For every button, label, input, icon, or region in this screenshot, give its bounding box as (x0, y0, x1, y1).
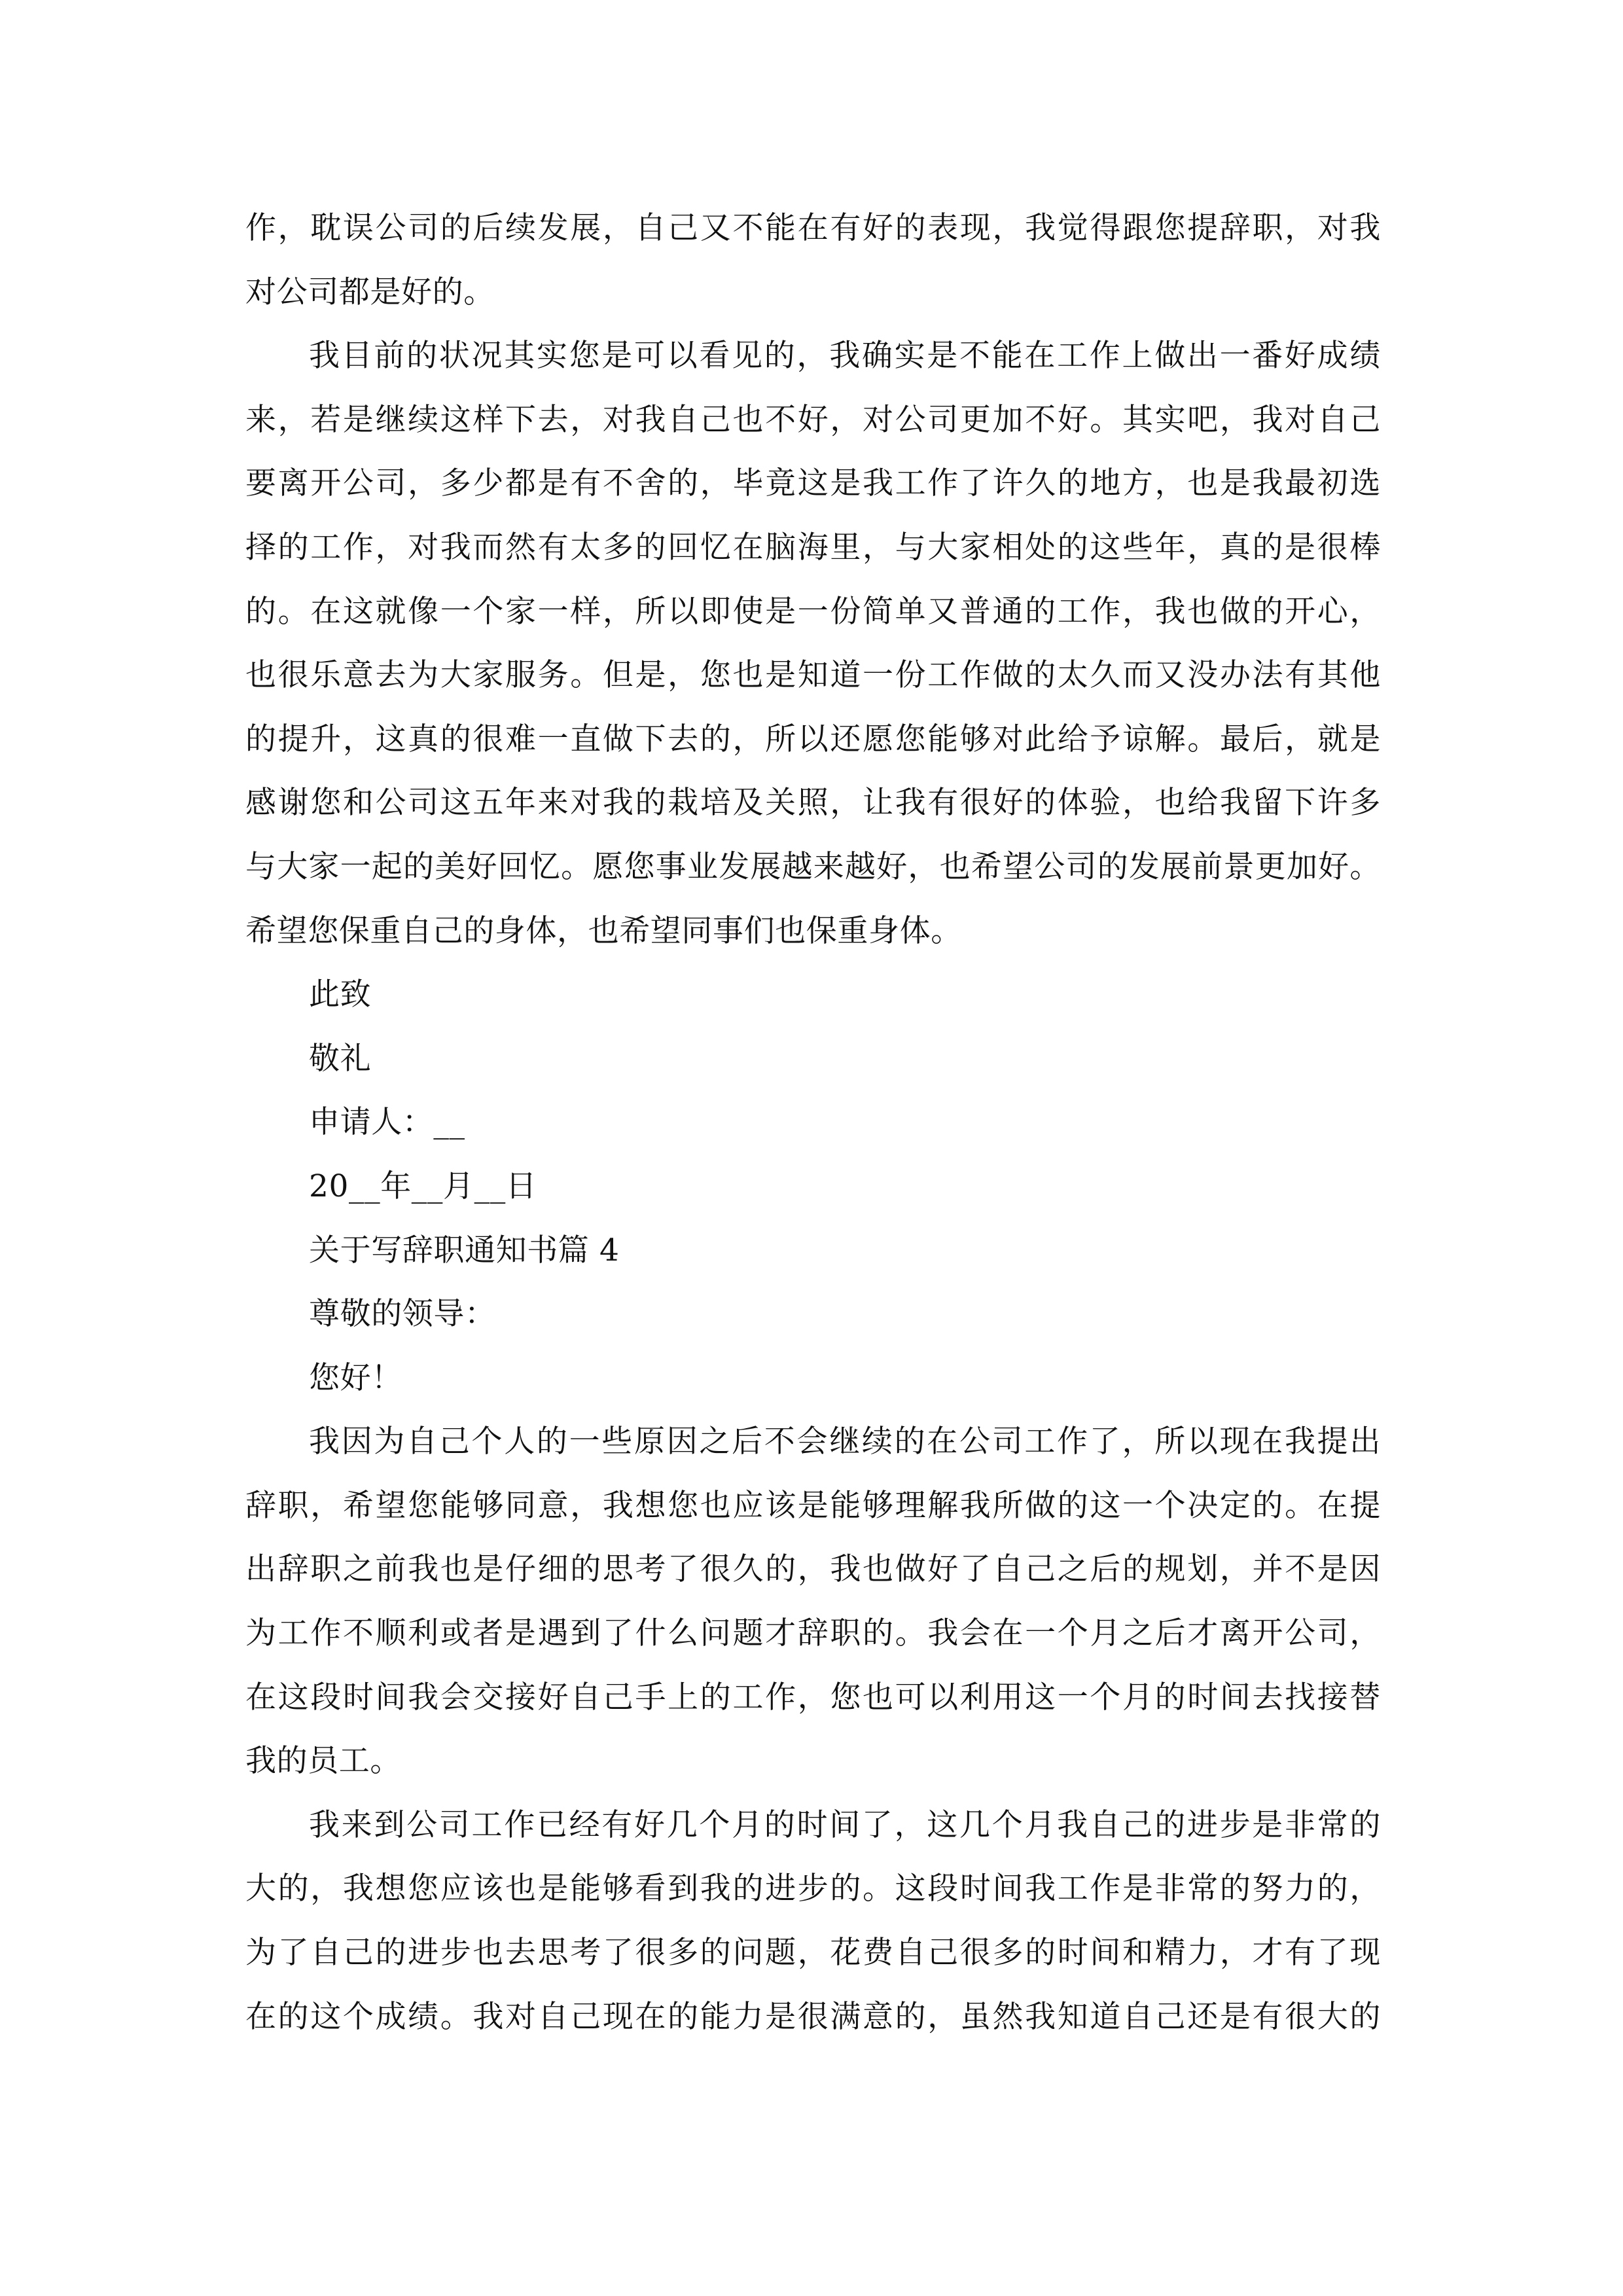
text-line: 辞职，希望您能够同意，我想您也应该是能够理解我所做的这一个决定的。在提 (245, 1474, 1381, 1538)
text-line: 为工作不顺利或者是遇到了什么问题才辞职的。我会在一个月之后才离开公司， (245, 1602, 1381, 1666)
addressee: 尊敬的领导： (245, 1282, 1381, 1346)
text-line: 的。在这就像一个家一样，所以即使是一份简单又普通的工作，我也做的开心， (245, 580, 1381, 644)
text-line: 也很乐意去为大家服务。但是，您也是知道一份工作做的太久而又没办法有其他 (245, 643, 1381, 708)
text-line: 我目前的状况其实您是可以看见的，我确实是不能在工作上做出一番好成绩 (245, 324, 1381, 388)
section-title: 关于写辞职通知书篇 4 (245, 1219, 1381, 1283)
date-line: 20__年__月__日 (245, 1155, 1381, 1219)
text-line: 来，若是继续这样下去，对我自己也不好，对公司更加不好。其实吧，我对自己 (245, 388, 1381, 452)
applicant-signature: 申请人：__ (245, 1090, 1381, 1155)
text-line: 对公司都是好的。 (245, 260, 1381, 325)
text-line: 大的，我想您应该也是能够看到我的进步的。这段时间我工作是非常的努力的， (245, 1857, 1381, 1921)
text-line: 在的这个成绩。我对自己现在的能力是很满意的，虽然我知道自己还是有很大的 (245, 1985, 1381, 2049)
text-line: 希望您保重自己的身体，也希望同事们也保重身体。 (245, 899, 1381, 963)
closing-salutation-1: 此致 (245, 963, 1381, 1027)
text-line: 要离开公司，多少都是有不舍的，毕竟这是我工作了许久的地方，也是我最初选 (245, 452, 1381, 516)
document-body: 作，耽误公司的后续发展，自己又不能在有好的表现，我觉得跟您提辞职，对我 对公司都… (245, 196, 1381, 2049)
paragraph-status: 我目前的状况其实您是可以看见的，我确实是不能在工作上做出一番好成绩 来，若是继续… (245, 324, 1381, 963)
document-page: 作，耽误公司的后续发展，自己又不能在有好的表现，我觉得跟您提辞职，对我 对公司都… (0, 0, 1623, 2296)
text-line: 感谢您和公司这五年来对我的栽培及关照，让我有很好的体验，也给我留下许多 (245, 771, 1381, 835)
paragraph-progress: 我来到公司工作已经有好几个月的时间了，这几个月我自己的进步是非常的 大的，我想您… (245, 1793, 1381, 2049)
text-line: 的提升，这真的很难一直做下去的，所以还愿您能够对此给予谅解。最后，就是 (245, 708, 1381, 772)
text-line: 我来到公司工作已经有好几个月的时间了，这几个月我自己的进步是非常的 (245, 1793, 1381, 1857)
text-line: 我因为自己个人的一些原因之后不会继续的在公司工作了，所以现在我提出 (245, 1410, 1381, 1474)
greeting-hello: 您好！ (245, 1346, 1381, 1410)
paragraph-continuation: 作，耽误公司的后续发展，自己又不能在有好的表现，我觉得跟您提辞职，对我 对公司都… (245, 196, 1381, 324)
text-line: 作，耽误公司的后续发展，自己又不能在有好的表现，我觉得跟您提辞职，对我 (245, 196, 1381, 260)
text-line: 为了自己的进步也去思考了很多的问题，花费自己很多的时间和精力，才有了现 (245, 1921, 1381, 1985)
text-line: 在这段时间我会交接好自己手上的工作，您也可以利用这一个月的时间去找接替 (245, 1666, 1381, 1730)
closing-salutation-2: 敬礼 (245, 1027, 1381, 1091)
text-line: 与大家一起的美好回忆。愿您事业发展越来越好，也希望公司的发展前景更加好。 (245, 835, 1381, 899)
text-line: 择的工作，对我而然有太多的回忆在脑海里，与大家相处的这些年，真的是很棒 (245, 516, 1381, 580)
text-line: 我的员工。 (245, 1729, 1381, 1793)
paragraph-reason: 我因为自己个人的一些原因之后不会继续的在公司工作了，所以现在我提出 辞职，希望您… (245, 1410, 1381, 1793)
text-line: 出辞职之前我也是仔细的思考了很久的，我也做好了自己之后的规划，并不是因 (245, 1537, 1381, 1602)
